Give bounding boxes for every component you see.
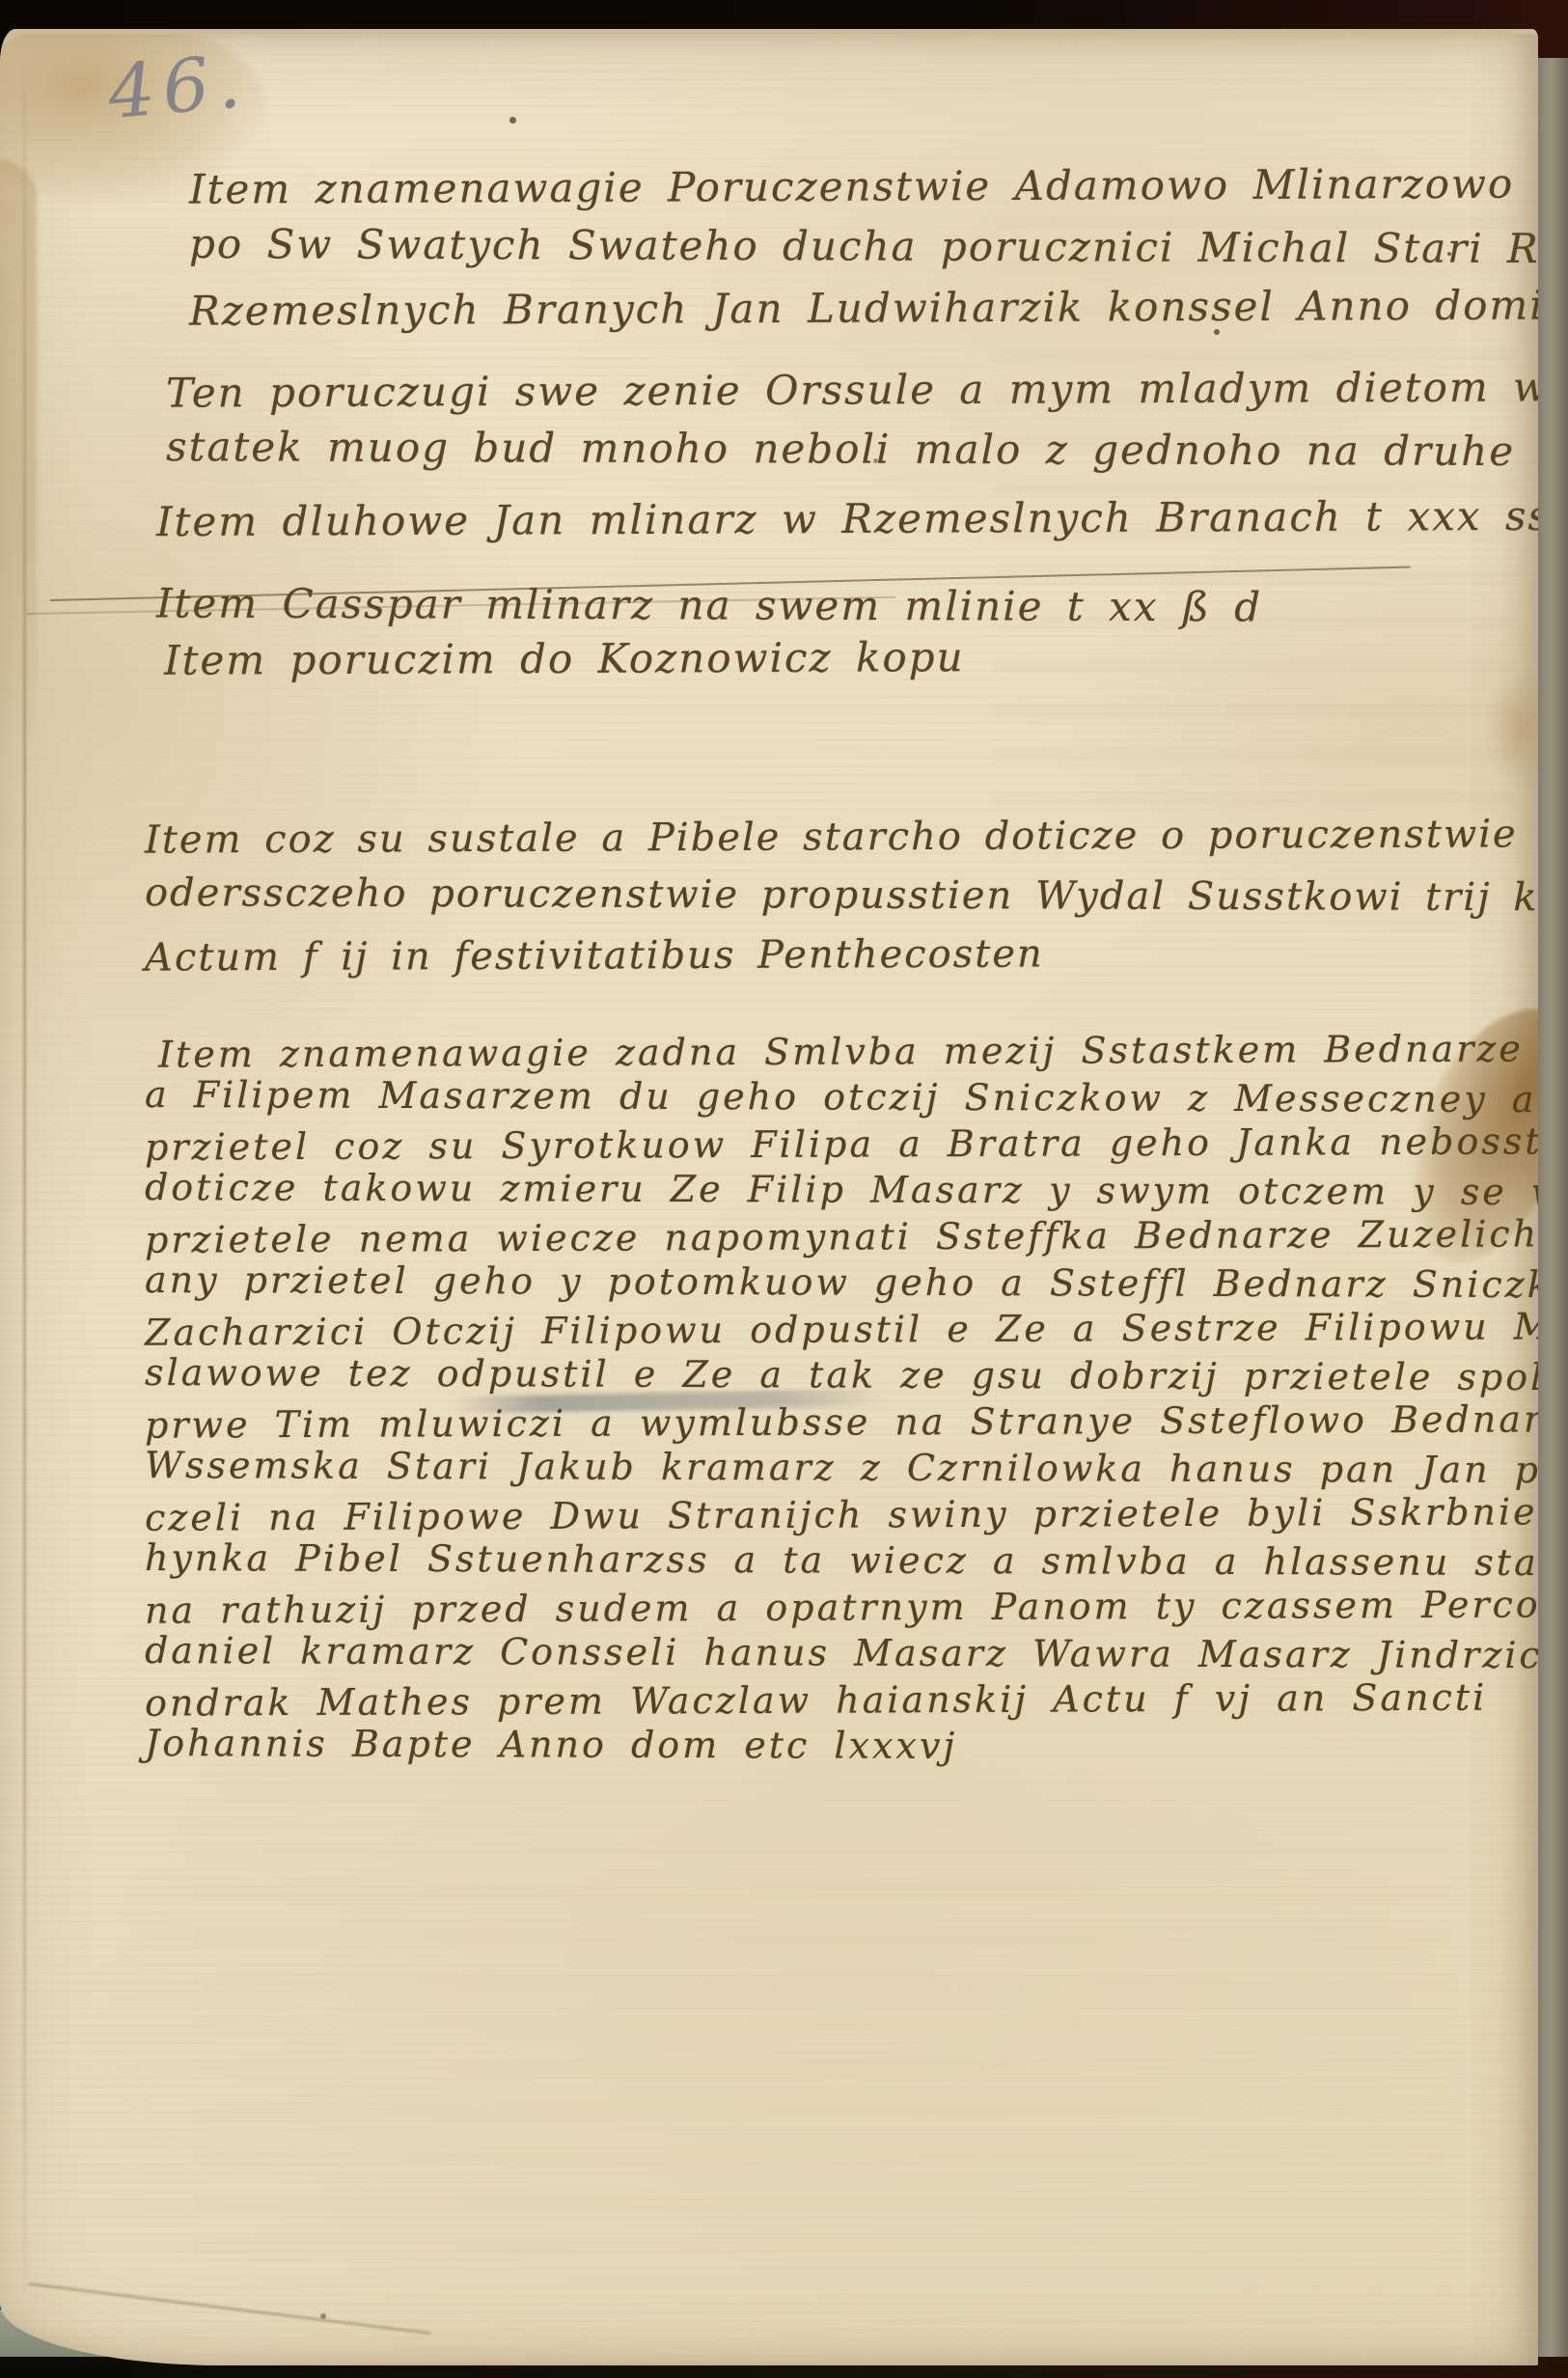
folio-number: 46.: [104, 38, 251, 135]
manuscript-line: slawowe tez odpustil e Ze a tak ze gsu d…: [145, 1349, 1538, 1401]
manuscript-line: Item znamenawagie zadna Smlvba mezij Sst…: [158, 1024, 1538, 1077]
manuscript-line: czeli na Filipowe Dwu Stranijch swiny pr…: [145, 1487, 1538, 1540]
entry-testament-heading: Item znamenawagie Poruczenstwie Adamowo …: [189, 155, 1538, 338]
manuscript-line: Zacharzici Otczij Filipowu odpustil e Ze…: [145, 1302, 1538, 1355]
entry-bequest-to-wife: Ten poruczugi swe zenie Orssule a mym ml…: [166, 360, 1538, 480]
verso-show-through: [193, 1848, 1447, 2254]
manuscript-photograph: 46. Item znamenawagie Poruczenstwie Adam…: [0, 0, 1568, 2378]
ink-speck: [320, 2313, 326, 2319]
ink-speck: [509, 117, 516, 124]
entry-pibel-settlement: Item coz su sustale a Pibele starcho dot…: [145, 808, 1538, 984]
manuscript-line: Ten poruczugi swe zenie Orssule a mym ml…: [166, 356, 1538, 423]
manuscript-line: po Sw Swatych Swateho ducha porucznici M…: [189, 213, 1538, 280]
bottom-left-crease: [29, 2282, 431, 2335]
entry-smlouva-agreement: Item znamenawagie zadna Smlvba mezij Sst…: [145, 1028, 1538, 1769]
manuscript-line: Item dluhowe Jan mlinarz w Rzemeslnych B…: [156, 473, 1538, 566]
manuscript-line: przietel coz su Syrotkuow Filipa a Bratr…: [145, 1117, 1538, 1170]
manuscript-line: any przietel geho y potomkuow geho a Sst…: [145, 1257, 1538, 1309]
manuscript-line: Johannis Bapte Anno dom etc lxxxvj: [145, 1720, 1538, 1772]
manuscript-page: 46. Item znamenawagie Poruczenstwie Adam…: [0, 29, 1538, 2365]
manuscript-line: statek muog bud mnoho neboli malo z gedn…: [166, 417, 1538, 483]
manuscript-line: Item poruczim do Koznowicz kopu: [164, 628, 965, 690]
manuscript-line: na rathuzij przed sudem a opatrnym Panom…: [145, 1580, 1538, 1633]
manuscript-line: oderssczeho poruczenstwie propusstien Wy…: [145, 864, 1538, 928]
manuscript-line: daniel kramarz Consseli hanus Masarz Waw…: [145, 1627, 1538, 1679]
manuscript-line: Rzemeslnych Branych Jan Ludwiharzik kons…: [189, 273, 1538, 341]
right-margin-stain-small: [1486, 671, 1538, 787]
manuscript-line: a Filipem Masarzem du geho otczij Sniczk…: [145, 1071, 1538, 1123]
manuscript-line: przietele nema wiecze napomynati Ssteffk…: [145, 1209, 1538, 1262]
manuscript-line: prwe Tim mluwiczi a wymlubsse na Stranye…: [145, 1395, 1538, 1448]
manuscript-line: hynka Pibel Sstuenharzss a ta wiecz a sm…: [145, 1535, 1538, 1587]
entry-bequest-single: Item poruczim do Koznowicz kopu: [164, 630, 965, 688]
manuscript-line: Item znamenawagie Poruczenstwie Adamowo …: [189, 152, 1538, 219]
manuscript-line: Item coz su sustale a Pibele starcho dot…: [145, 804, 1538, 870]
manuscript-line: ondrak Mathes prem Waczlaw haianskij Act…: [145, 1673, 1538, 1726]
manuscript-line: Actum f ij in festivitatibus Penthecoste…: [145, 922, 1538, 987]
manuscript-line: Wssemska Stari Jakub kramarz z Czrnilowk…: [145, 1442, 1538, 1494]
left-edge-stain: [0, 159, 37, 758]
entry-debts: Item dluhowe Jan mlinarz w Rzemeslnych B…: [156, 476, 1538, 650]
left-crease: [23, 92, 26, 2292]
manuscript-line: doticze takowu zmieru Ze Filip Masarz y …: [145, 1164, 1538, 1216]
